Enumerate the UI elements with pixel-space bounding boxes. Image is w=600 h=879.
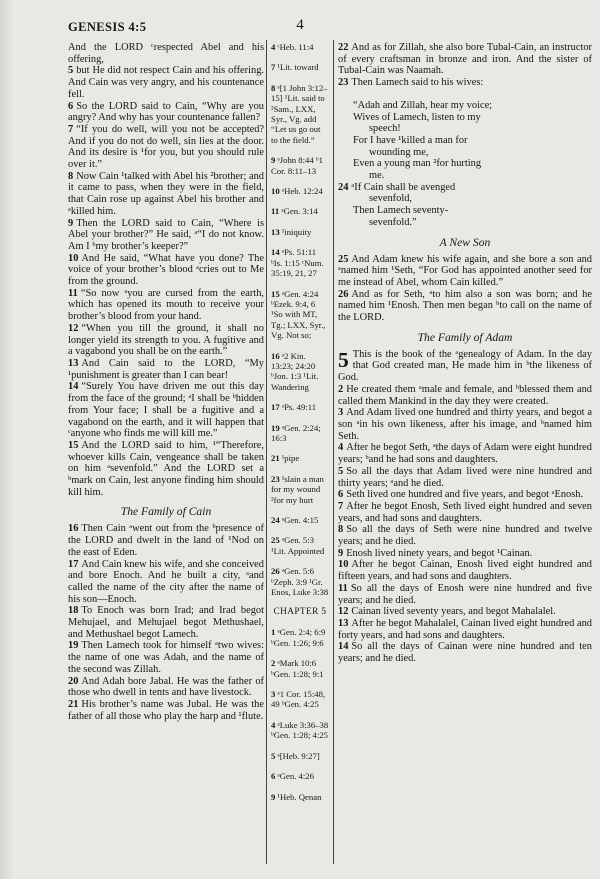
page-number: 4 (230, 17, 370, 34)
chapter-drop-cap: 5 (338, 350, 349, 371)
note-verse-number: 23 (271, 474, 280, 484)
verse: 14So all the days of Cainan were nine hu… (338, 641, 592, 664)
note-verse-number: 17 (271, 402, 280, 412)
bible-page: GENESIS 4:5 4 And the LORD ᶜrespected Ab… (0, 0, 600, 879)
verse-text: And Cain said to the LORD, “My ¹punishme… (68, 358, 264, 381)
verse: 8So all the days of Seth were nine hundr… (338, 524, 592, 547)
verse-number: 12 (338, 606, 348, 617)
section-heading: A New Son (338, 236, 592, 249)
poetry-line: sevenfold, (338, 193, 592, 205)
cross-reference-note: 16ᵃ2 Kin. 13:23; 24:20 ᵇJon. 1:3 ¹Lit. W… (271, 351, 329, 393)
note-text: ᵃGen. 2:4; 6:9 ᵇGen. 1:26; 9:6 (271, 627, 325, 647)
verse: 22And as for Zillah, she also bore Tubal… (338, 42, 592, 77)
note-text: ᶜHeb. 11:4 (277, 42, 313, 52)
verse: 7After he begot Enosh, Seth lived eight … (338, 501, 592, 524)
verse-text: To Enoch was born Irad; and Irad begot M… (68, 605, 264, 639)
verse-text: “When you till the ground, it shall no l… (68, 323, 264, 357)
poetry-block: 24ᵃIf Cain shall be avengedsevenfold,The… (338, 182, 592, 229)
cross-reference-note: 23¹slain a man for my wound ²for my hurt (271, 474, 329, 505)
verse: 14“Surely You have driven me out this da… (68, 381, 264, 440)
verse: 20And Adah bore Jabal. He was the father… (68, 676, 264, 699)
note-text: ¹pipe (282, 453, 300, 463)
verse-number: 24 (338, 182, 348, 193)
verse: 11So all the days of Enosh were nine hun… (338, 583, 592, 606)
verse-number: 17 (68, 559, 78, 570)
verse-text: Cainan lived seventy years, and begot Ma… (351, 606, 555, 617)
verse-text: Then the LORD said to Cain, “Where is Ab… (68, 218, 264, 252)
verse-text: After he begot Seth, ᵃthe days of Adam w… (338, 442, 592, 465)
cross-reference-column: 4ᶜHeb. 11:47¹Lit. toward8ᵃ[1 John 3:12–1… (271, 42, 329, 812)
verse-number: 25 (338, 254, 348, 265)
verse-number: 15 (68, 440, 78, 451)
note-verse-number: 24 (271, 515, 280, 525)
verse: 10After he begot Cainan, Enosh lived eig… (338, 559, 592, 582)
note-verse-number: 25 (271, 535, 280, 545)
verse-number: 16 (68, 523, 78, 534)
note-verse-number: 16 (271, 351, 280, 361)
verse-number: 6 (338, 489, 343, 500)
verse-text: Enosh lived ninety years, and begot ¹Cai… (346, 548, 532, 559)
verse-text: Then Lamech said to his wives: (351, 77, 483, 88)
verse-number: 22 (338, 42, 348, 53)
cross-reference-note: 10ᵃHeb. 12:24 (271, 186, 329, 196)
verse-text: So all the days that Adam lived were nin… (338, 466, 592, 489)
verse-number: 11 (338, 583, 348, 594)
verse-text: And the LORD ᶜrespected Abel and his off… (68, 42, 264, 65)
verse-number: 19 (68, 640, 78, 651)
verse-number: 11 (68, 288, 78, 299)
note-verse-number: 11 (271, 206, 279, 216)
verse-number: 13 (338, 618, 348, 629)
verse: 23Then Lamech said to his wives: (338, 77, 592, 89)
cross-reference-note: 14ᵃPs. 51:11 ᵇIs. 1:15 ᶜNum. 35:19, 21, … (271, 247, 329, 278)
cross-reference-note: 9ᵃJohn 8:44 ᵇ1 Cor. 8:11–13 (271, 155, 329, 176)
poetry-line: Then Lamech seventy- (338, 205, 592, 217)
verse: 19Then Lamech took for himself ᵃtwo wive… (68, 640, 264, 675)
poetry-line-text: Even a young man ²for hurting (353, 158, 481, 169)
verse-text: After he begot Cainan, Enosh lived eight… (338, 559, 592, 582)
verse-number: 7 (338, 501, 343, 512)
verse-text: And Cain knew his wife, and she conceive… (68, 559, 264, 605)
poetry-line-text: For I have ¹killed a man for (353, 135, 468, 146)
verse-text: So all the days of Enosh were nine hundr… (338, 583, 592, 606)
poetry-line-text: speech! (369, 123, 401, 134)
poetry-line: me. (338, 170, 592, 182)
verse: 25And Adam knew his wife again, and she … (338, 254, 592, 289)
poetry-line: For I have ¹killed a man for (338, 135, 592, 147)
cross-reference-note: 17ᵃPs. 49:11 (271, 402, 329, 412)
cross-reference-note: 4ᵃLuke 3:36–38 ᵇGen. 1:28; 4:25 (271, 720, 329, 741)
verse-text: “Surely You have driven me out this day … (68, 381, 264, 439)
note-verse-number: 26 (271, 566, 280, 576)
verse-continuation: And the LORD ᶜrespected Abel and his off… (68, 42, 264, 65)
verse: 17And Cain knew his wife, and she concei… (68, 559, 264, 606)
verse: 7“If you do well, will you not be accept… (68, 124, 264, 171)
note-verse-number: 1 (271, 627, 275, 637)
note-text: ¹Lit. toward (277, 62, 318, 72)
right-text-column: 22And as for Zillah, she also bore Tubal… (338, 42, 592, 665)
verse-number: 14 (68, 381, 78, 392)
verse: 9Then the LORD said to Cain, “Where is A… (68, 218, 264, 253)
verse: 6Seth lived one hundred and five years, … (338, 489, 592, 501)
verse-text: Seth lived one hundred and five years, a… (346, 489, 583, 500)
verse-text: And He said, “What have you done? The vo… (68, 253, 264, 287)
note-verse-number: 9 (271, 792, 275, 802)
verse-text: “So now ᵃyou are cursed from the earth, … (68, 288, 264, 322)
cross-reference-note: 2ᵃMark 10:6 ᵇGen. 1:28; 9:1 (271, 658, 329, 679)
note-verse-number: 9 (271, 155, 275, 165)
verse-text: And as for Seth, ᵃto him also a son was … (338, 289, 592, 323)
verse-number: 6 (68, 101, 73, 112)
note-text: ᵃJohn 8:44 ᵇ1 Cor. 8:11–13 (271, 155, 323, 175)
verse: 8Now Cain ¹talked with Abel his ²brother… (68, 171, 264, 218)
verse-number: 10 (68, 253, 78, 264)
verse-number: 5 (338, 466, 343, 477)
verse: 6So the LORD said to Cain, “Why are you … (68, 101, 264, 124)
poetry-line-text: sevenfold.” (369, 217, 417, 228)
note-verse-number: 3 (271, 689, 275, 699)
note-text: ᵃMark 10:6 ᵇGen. 1:28; 9:1 (271, 658, 324, 678)
verse-number: 13 (68, 358, 78, 369)
note-text: ᵃ1 Cor. 15:48, 49 ᵇGen. 4:25 (271, 689, 325, 709)
verse: 21His brother’s name was Jubal. He was t… (68, 699, 264, 722)
verse-text: And Adah bore Jabal. He was the father o… (68, 676, 264, 699)
poetry-line-text: Then Lamech seventy- (353, 205, 448, 216)
poetry-line-text: ᵃIf Cain shall be avenged (351, 182, 455, 193)
verse-text: Then Cain ᵃwent out from the ᵇpresence o… (68, 523, 264, 557)
note-verse-number: 6 (271, 771, 275, 781)
note-text: ᵃPs. 49:11 (282, 402, 316, 412)
note-verse-number: 4 (271, 720, 275, 730)
verse-text: And Adam lived one hundred and thirty ye… (338, 407, 592, 441)
cross-reference-note: 11ᵃGen. 3:14 (271, 206, 329, 216)
verse: 11“So now ᵃyou are cursed from the earth… (68, 288, 264, 323)
note-verse-number: 19 (271, 423, 280, 433)
verse-text: but He did not respect Cain and his offe… (68, 65, 264, 99)
note-text: ¹Heb. Qenan (277, 792, 321, 802)
note-verse-number: 10 (271, 186, 280, 196)
verse-number: 8 (338, 524, 343, 535)
cross-reference-note: 19ᵃGen. 2:24; 16:3 (271, 423, 329, 444)
note-verse-number: 8 (271, 83, 275, 93)
poetry-line-text: wounding me, (369, 147, 428, 158)
verse-number: 14 (338, 641, 348, 652)
cross-reference-note: 6ᵃGen. 4:26 (271, 771, 329, 781)
note-verse-number: 2 (271, 658, 275, 668)
note-text: ᵃLuke 3:36–38 ᵇGen. 1:28; 4:25 (271, 720, 328, 740)
verse-text: This is the book of the ᵃgenealogy of Ad… (338, 349, 592, 383)
verse: 13After he begot Mahalalel, Cainan lived… (338, 618, 592, 641)
cross-reference-note: 21¹pipe (271, 453, 329, 463)
column-rule-right (333, 40, 334, 864)
cross-reference-note: 3ᵃ1 Cor. 15:48, 49 ᵇGen. 4:25 (271, 689, 329, 710)
note-text: ᵃGen. 4:15 (282, 515, 319, 525)
poetry-line-text: Wives of Lamech, listen to my (353, 112, 481, 123)
verse: 26And as for Seth, ᵃto him also a son wa… (338, 289, 592, 324)
verse-number: 10 (338, 559, 348, 570)
verse-text: So all the days of Seth were nine hundre… (338, 524, 592, 547)
verse-text: He created them ᵃmale and female, and ᵇb… (338, 384, 592, 407)
note-verse-number: 13 (271, 227, 280, 237)
poetry-block: “Adah and Zillah, hear my voice;Wives of… (338, 100, 592, 182)
column-rule-left (266, 40, 267, 864)
poetry-line-text: sevenfold, (369, 193, 412, 204)
verse-text: So all the days of Cainan were nine hund… (338, 641, 592, 664)
cross-reference-note: 15ᵃGen. 4:24 ᵇEzek. 9:4, 6 ¹So with MT, … (271, 289, 329, 341)
verse-number: 7 (68, 124, 73, 135)
verse: 2He created them ᵃmale and female, and ᵇ… (338, 384, 592, 407)
verse: 5but He did not respect Cain and his off… (68, 65, 264, 100)
verse: 5This is the book of the ᵃgenealogy of A… (338, 349, 592, 384)
verse-number: 4 (338, 442, 343, 453)
poetry-line: sevenfold.” (338, 217, 592, 229)
cross-reference-note: 1ᵃGen. 2:4; 6:9 ᵇGen. 1:26; 9:6 (271, 627, 329, 648)
running-head-reference: GENESIS 4:5 (68, 20, 146, 35)
poetry-line: wounding me, (338, 147, 592, 159)
verse-number: 12 (68, 323, 78, 334)
note-verse-number: 7 (271, 62, 275, 72)
verse: 9Enosh lived ninety years, and begot ¹Ca… (338, 548, 592, 560)
verse-number: 18 (68, 605, 78, 616)
verse-text: After he begot Enosh, Seth lived eight h… (338, 501, 592, 524)
verse-number: 21 (68, 699, 78, 710)
verse-number: 2 (338, 384, 343, 395)
note-verse-number: 21 (271, 453, 280, 463)
cross-reference-note: 5ᵃ[Heb. 9:27] (271, 751, 329, 761)
note-text: ᵃHeb. 12:24 (282, 186, 323, 196)
verse-text: Now Cain ¹talked with Abel his ²brother;… (68, 171, 264, 217)
verse: 13And Cain said to the LORD, “My ¹punish… (68, 358, 264, 381)
note-verse-number: 5 (271, 751, 275, 761)
verse-number: 26 (338, 289, 348, 300)
verse: 15And the LORD said to him, ¹“Therefore,… (68, 440, 264, 499)
note-text: ᵃGen. 4:26 (277, 771, 314, 781)
cross-reference-note: 4ᶜHeb. 11:4 (271, 42, 329, 52)
verse-number: 8 (68, 171, 73, 182)
poetry-line: speech! (338, 123, 592, 135)
verse: 12Cainan lived seventy years, and begot … (338, 606, 592, 618)
poetry-line: Wives of Lamech, listen to my (338, 112, 592, 124)
verse-number: 20 (68, 676, 78, 687)
note-verse-number: 14 (271, 247, 280, 257)
section-heading: The Family of Cain (68, 505, 264, 518)
verse-number: 9 (338, 548, 343, 559)
verse: 18To Enoch was born Irad; and Irad begot… (68, 605, 264, 640)
verse-text: “If you do well, will you not be accepte… (68, 124, 264, 170)
note-verse-number: 15 (271, 289, 280, 299)
left-text-column: And the LORD ᶜrespected Abel and his off… (68, 42, 264, 722)
verse-number: 9 (68, 218, 73, 229)
chapter-label: CHAPTER 5 (271, 607, 329, 617)
note-text: ᵃGen. 3:14 (281, 206, 318, 216)
verse: 5So all the days that Adam lived were ni… (338, 466, 592, 489)
verse-number: 3 (338, 407, 343, 418)
poetry-line-text: “Adah and Zillah, hear my voice; (353, 100, 492, 111)
verse-text: And the LORD said to him, ¹“Therefore, w… (68, 440, 264, 498)
note-text: ᵃ[1 John 3:12–15] ¹Lit. said to ²Sam., L… (271, 83, 328, 145)
verse-text: And Adam knew his wife again, and she bo… (338, 254, 592, 288)
cross-reference-note: 13¹iniquity (271, 227, 329, 237)
poetry-line: “Adah and Zillah, hear my voice; (338, 100, 592, 112)
verse-text: Then Lamech took for himself ᵃtwo wives:… (68, 640, 264, 674)
poetry-line-text: me. (369, 170, 384, 181)
verse-text: After he begot Mahalalel, Cainan lived e… (338, 618, 592, 641)
cross-reference-note: 25ᵃGen. 5:3 ¹Lit. Appointed (271, 535, 329, 556)
verse: 3And Adam lived one hundred and thirty y… (338, 407, 592, 442)
cross-reference-note: 8ᵃ[1 John 3:12–15] ¹Lit. said to ²Sam., … (271, 83, 329, 145)
cross-reference-note: 26ᵃGen. 5:6 ᵇZeph. 3:9 ¹Gr. Enos, Luke 3… (271, 566, 329, 597)
verse-number: 23 (338, 77, 348, 88)
cross-reference-note: 24ᵃGen. 4:15 (271, 515, 329, 525)
verse-text: His brother’s name was Jubal. He was the… (68, 699, 264, 722)
cross-reference-note: 9¹Heb. Qenan (271, 792, 329, 802)
verse: 10And He said, “What have you done? The … (68, 253, 264, 288)
cross-reference-note: 7¹Lit. toward (271, 62, 329, 72)
verse-text: So the LORD said to Cain, “Why are you a… (68, 101, 264, 124)
verse-number: 5 (68, 65, 73, 76)
verse: 12“When you till the ground, it shall no… (68, 323, 264, 358)
section-heading: The Family of Adam (338, 331, 592, 344)
poetry-line: Even a young man ²for hurting (338, 158, 592, 170)
note-verse-number: 4 (271, 42, 275, 52)
verse: 4After he begot Seth, ᵃthe days of Adam … (338, 442, 592, 465)
verse-text: And as for Zillah, she also bore Tubal-C… (338, 42, 592, 76)
note-text: ᵃ[Heb. 9:27] (277, 751, 319, 761)
note-text: ¹iniquity (282, 227, 312, 237)
poetry-line: 24ᵃIf Cain shall be avenged (338, 182, 592, 194)
verse: 16Then Cain ᵃwent out from the ᵇpresence… (68, 523, 264, 558)
